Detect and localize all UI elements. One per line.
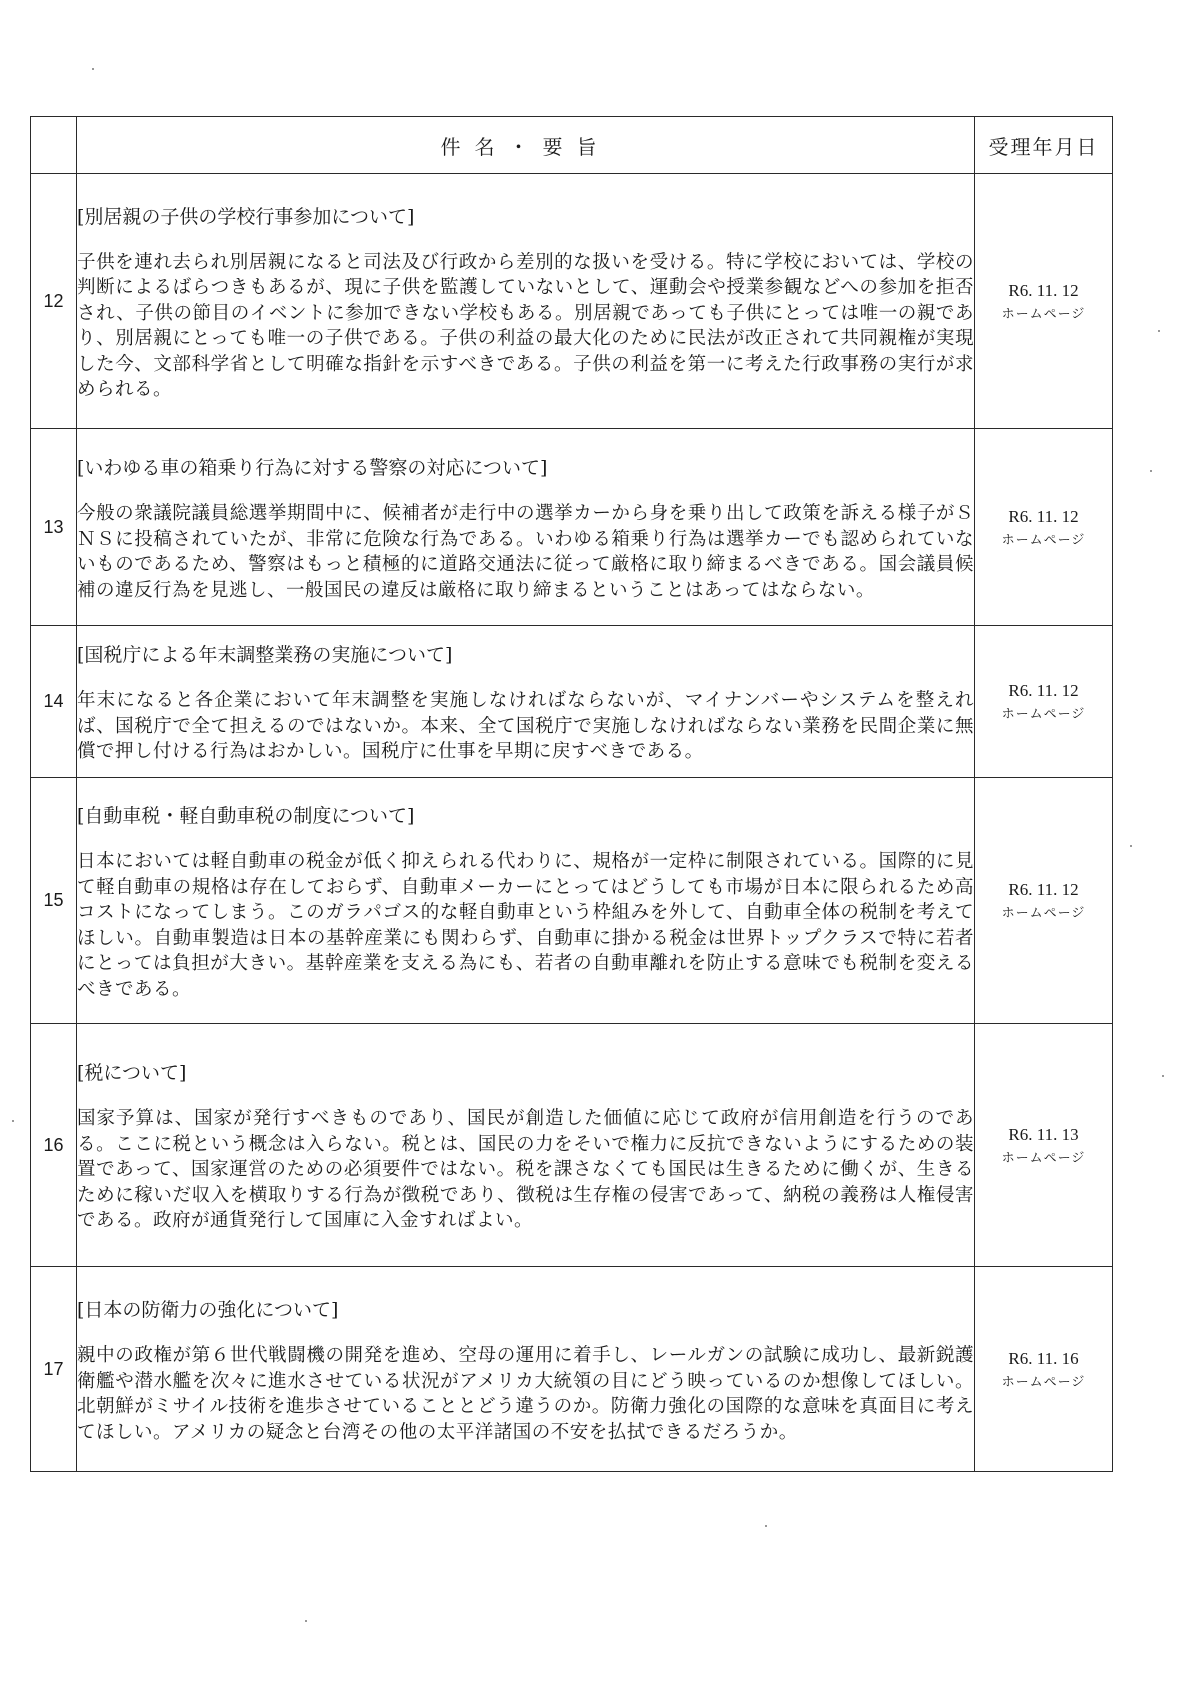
row-date-cell: R6. 11. 12 ホームページ: [975, 626, 1113, 778]
row-number: 14: [31, 626, 77, 778]
header-subject: 件名・要旨: [77, 117, 975, 174]
received-source: ホームページ: [975, 529, 1112, 548]
received-date: R6. 11. 16: [975, 1349, 1112, 1369]
header-number: [31, 117, 77, 174]
scan-speck: [765, 1525, 767, 1527]
scan-speck: [1130, 845, 1132, 847]
row-number: 15: [31, 778, 77, 1024]
row-summary: 国家予算は、国家が発行すべきものであり、国民が創造した価値に応じて政府が信用創造…: [77, 1106, 974, 1234]
scanned-page: 件名・要旨 受理年月日 12 [別居親の子供の学校行事参加について] 子供を連れ…: [0, 0, 1200, 1701]
received-date: R6. 11. 12: [975, 681, 1112, 701]
row-date-cell: R6. 11. 12 ホームページ: [975, 429, 1113, 626]
row-date-cell: R6. 11. 13 ホームページ: [975, 1024, 1113, 1267]
row-title: [日本の防衛力の強化について]: [77, 1297, 974, 1323]
received-source: ホームページ: [975, 303, 1112, 322]
received-date: R6. 11. 13: [975, 1125, 1112, 1145]
row-body: [国税庁による年末調整業務の実施について] 年末になると各企業において年末調整を…: [77, 626, 975, 778]
row-number: 13: [31, 429, 77, 626]
row-body: [税について] 国家予算は、国家が発行すべきものであり、国民が創造した価値に応じ…: [77, 1024, 975, 1267]
row-title: [いわゆる車の箱乗り行為に対する警察の対応について]: [77, 455, 974, 481]
row-body: [別居親の子供の学校行事参加について] 子供を連れ去られ別居親になると司法及び行…: [77, 174, 975, 429]
row-body: [日本の防衛力の強化について] 親中の政権が第６世代戦闘機の開発を進め、空母の運…: [77, 1267, 975, 1472]
row-body: [自動車税・軽自動車税の制度について] 日本においては軽自動車の税金が低く抑えら…: [77, 778, 975, 1024]
row-number: 12: [31, 174, 77, 429]
received-source: ホームページ: [975, 1371, 1112, 1390]
table-row: 16 [税について] 国家予算は、国家が発行すべきものであり、国民が創造した価値…: [31, 1024, 1113, 1267]
scan-speck: [1158, 330, 1160, 332]
row-title: [税について]: [77, 1060, 974, 1086]
petition-table: 件名・要旨 受理年月日 12 [別居親の子供の学校行事参加について] 子供を連れ…: [30, 116, 1113, 1472]
row-body: [いわゆる車の箱乗り行為に対する警察の対応について] 今般の衆議院議員総選挙期間…: [77, 429, 975, 626]
table-row: 14 [国税庁による年末調整業務の実施について] 年末になると各企業において年末…: [31, 626, 1113, 778]
scan-speck: [12, 1120, 14, 1122]
row-number: 16: [31, 1024, 77, 1267]
row-summary: 日本においては軽自動車の税金が低く抑えられる代わりに、規格が一定枠に制限されてい…: [77, 849, 974, 1002]
row-title: [国税庁による年末調整業務の実施について]: [77, 642, 974, 668]
row-summary: 子供を連れ去られ別居親になると司法及び行政から差別的な扱いを受ける。特に学校にお…: [77, 250, 974, 403]
header-received-date: 受理年月日: [975, 117, 1113, 174]
table-row: 13 [いわゆる車の箱乗り行為に対する警察の対応について] 今般の衆議院議員総選…: [31, 429, 1113, 626]
row-title: [自動車税・軽自動車税の制度について]: [77, 803, 974, 829]
scan-speck: [1150, 470, 1152, 472]
table-row: 12 [別居親の子供の学校行事参加について] 子供を連れ去られ別居親になると司法…: [31, 174, 1113, 429]
row-title: [別居親の子供の学校行事参加について]: [77, 204, 974, 230]
received-date: R6. 11. 12: [975, 880, 1112, 900]
received-date: R6. 11. 12: [975, 507, 1112, 527]
row-summary: 年末になると各企業において年末調整を実施しなければならないが、マイナンバーやシス…: [77, 688, 974, 765]
received-source: ホームページ: [975, 703, 1112, 722]
row-date-cell: R6. 11. 12 ホームページ: [975, 174, 1113, 429]
table-row: 17 [日本の防衛力の強化について] 親中の政権が第６世代戦闘機の開発を進め、空…: [31, 1267, 1113, 1472]
row-date-cell: R6. 11. 12 ホームページ: [975, 778, 1113, 1024]
received-date: R6. 11. 12: [975, 281, 1112, 301]
row-summary: 親中の政権が第６世代戦闘機の開発を進め、空母の運用に着手し、レールガンの試験に成…: [77, 1343, 974, 1445]
table-row: 15 [自動車税・軽自動車税の制度について] 日本においては軽自動車の税金が低く…: [31, 778, 1113, 1024]
scan-speck: [92, 68, 94, 70]
scan-speck: [1162, 1075, 1164, 1077]
row-date-cell: R6. 11. 16 ホームページ: [975, 1267, 1113, 1472]
received-source: ホームページ: [975, 1147, 1112, 1166]
row-summary: 今般の衆議院議員総選挙期間中に、候補者が走行中の選挙カーから身を乗り出して政策を…: [77, 501, 974, 603]
row-number: 17: [31, 1267, 77, 1472]
received-source: ホームページ: [975, 902, 1112, 921]
scan-speck: [305, 1620, 307, 1622]
table-header-row: 件名・要旨 受理年月日: [31, 117, 1113, 174]
